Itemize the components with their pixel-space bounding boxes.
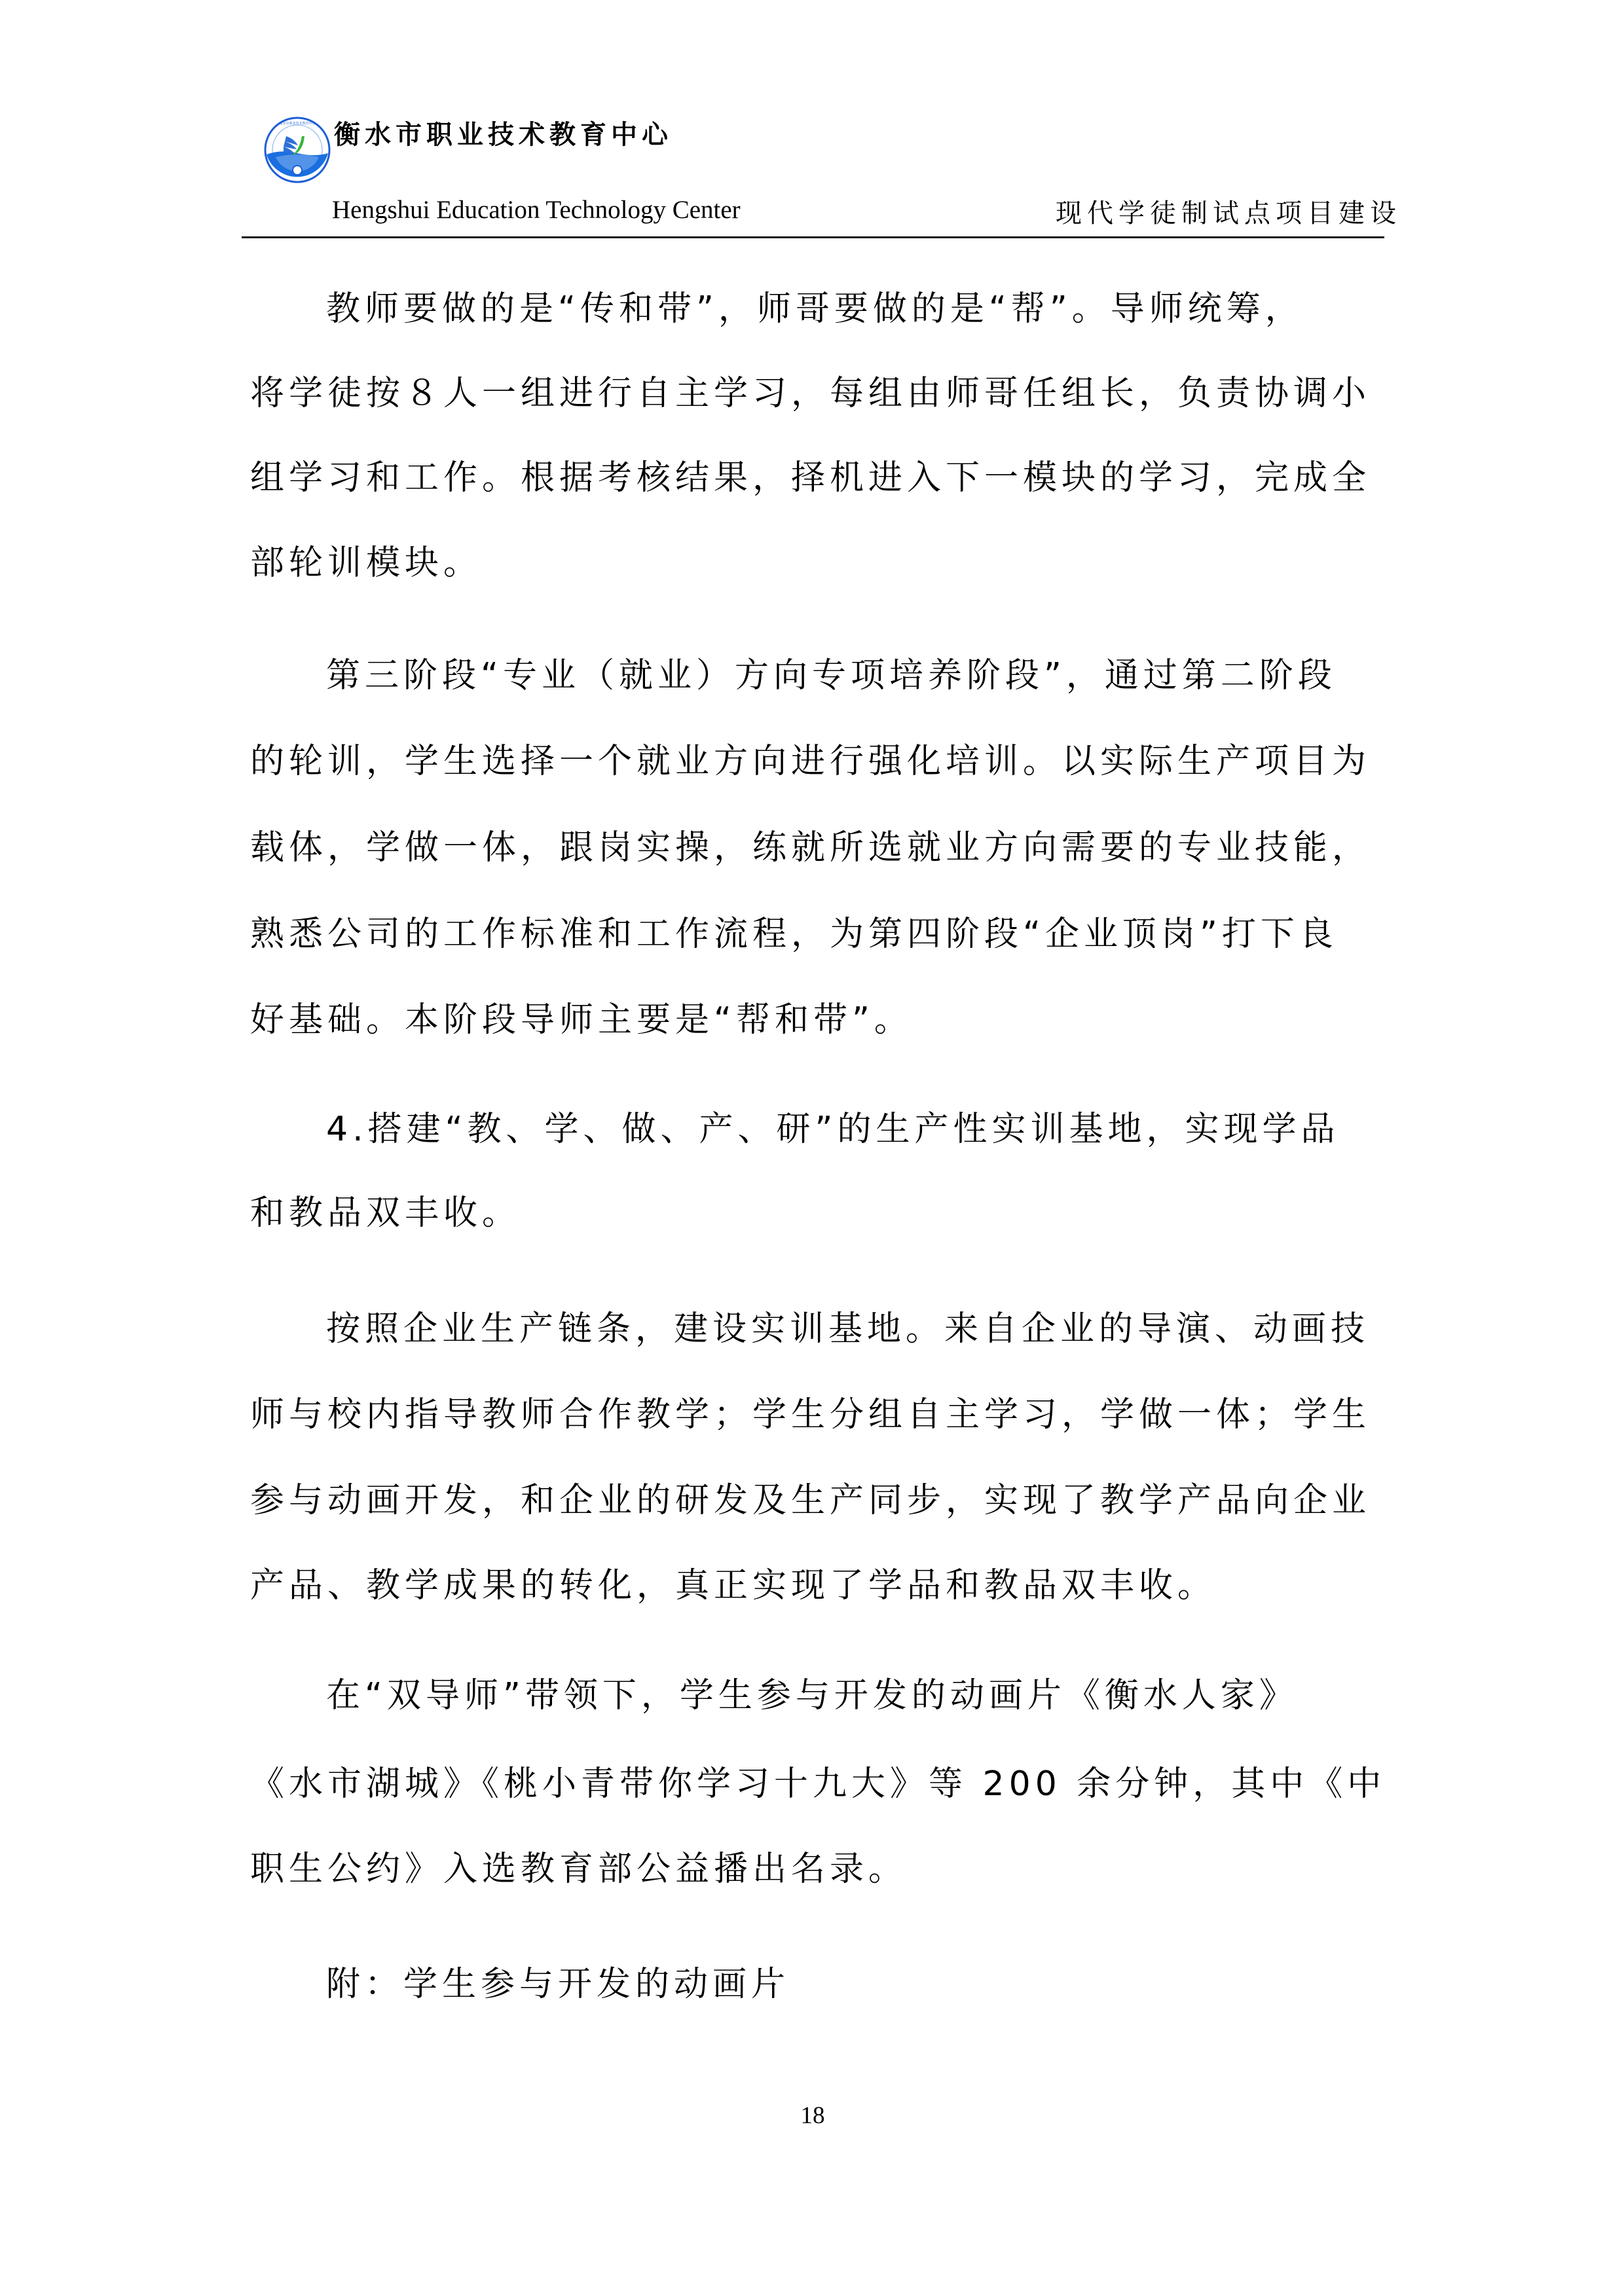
- text-line: 的轮训，学生选择一个就业方向进行强化培训。以实际生产项目为: [250, 740, 1371, 782]
- text-line: 将学徒按８人一组进行自主学习，每组由师哥任组长，负责协调小: [250, 373, 1371, 414]
- text-line: 第三阶段“专业（就业）方向专项培养阶段”，通过第二阶段: [326, 655, 1337, 697]
- school-emblem-icon: 衡水市职业技术教育中心: [264, 117, 331, 183]
- text-line: 教师要做的是“传和带”，师哥要做的是“帮”。导师统筹，: [326, 288, 1304, 330]
- text-line: 组学习和工作。根据考核结果，择机进入下一模块的学习，完成全: [250, 457, 1371, 499]
- page-number: 18: [786, 2102, 840, 2130]
- svg-text:衡水市职业技术教育中心: 衡水市职业技术教育中心: [279, 121, 316, 126]
- text-line: 职生公约》入选教育部公益播出名录。: [250, 1848, 907, 1890]
- document-page: 衡水市职业技术教育中心 衡水市职业技术教育中心 Hengshui Educati…: [0, 0, 1624, 2296]
- text-line: 师与校内指导教师合作教学；学生分组自主学习，学做一体；学生: [250, 1394, 1371, 1436]
- text-line: 4.搭建“教、学、做、产、研”的生产性实训基地，实现学品: [326, 1108, 1340, 1150]
- text-line: 按照企业生产链条，建设实训基地。来自企业的导演、动画技: [326, 1308, 1369, 1350]
- text-line: 好基础。本阶段导师主要是“帮和带”。: [250, 999, 913, 1041]
- text-line: 在“双导师”带领下，学生参与开发的动画片《衡水人家》: [326, 1675, 1298, 1717]
- project-title: 现代学徒制试点项目建设: [1056, 198, 1401, 229]
- org-name-en: Hengshui Education Technology Center: [332, 194, 741, 227]
- text-line: 《水市湖城》《桃小青带你学习十九大》等 200 余分钟，其中《中: [250, 1763, 1386, 1805]
- text-line: 产品、教学成果的转化，真正实现了学品和教品双丰收。: [250, 1565, 1216, 1607]
- text-line: 载体，学做一体，跟岗实操，练就所选就业方向需要的专业技能，: [250, 827, 1371, 869]
- text-line: 部轮训模块。: [250, 542, 482, 584]
- text-line: 熟悉公司的工作标准和工作流程，为第四阶段“企业顶岗”打下良: [250, 913, 1338, 955]
- text-line: 参与动画开发，和企业的研发及生产同步，实现了教学产品向企业: [250, 1480, 1371, 1522]
- text-line: 和教品双丰收。: [250, 1192, 521, 1234]
- header-divider: [242, 236, 1384, 238]
- org-name-cn: 衡水市职业技术教育中心: [334, 119, 673, 151]
- text-line: 附：学生参与开发的动画片: [326, 1963, 790, 2005]
